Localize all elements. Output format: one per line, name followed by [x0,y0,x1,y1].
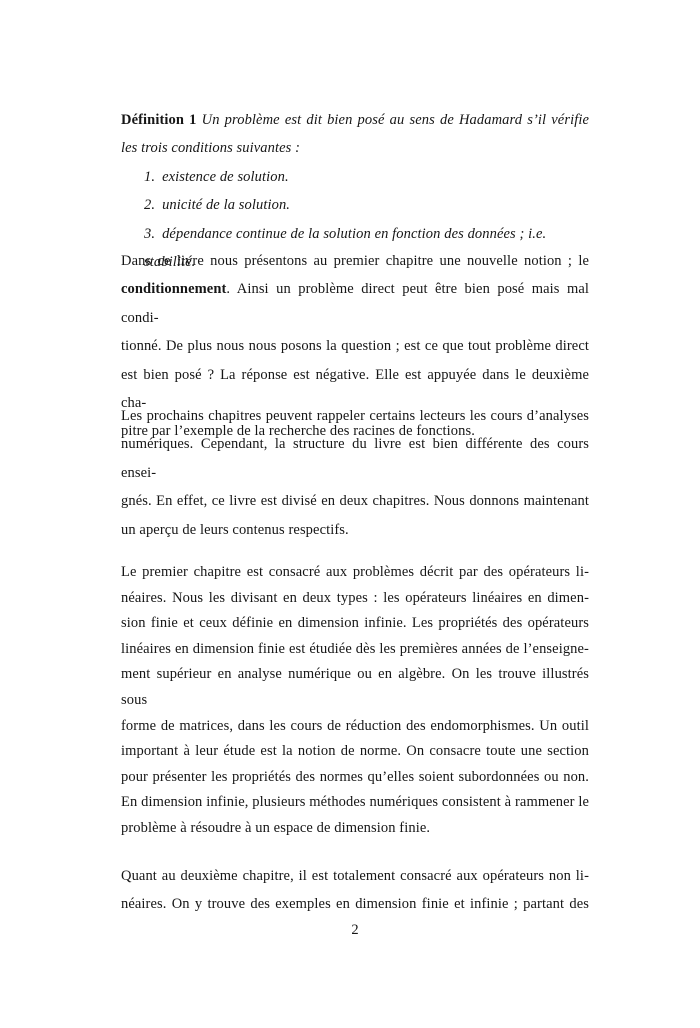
bold-text: Définition 1 [121,112,202,128]
body-text: forme de matrices, dans les cours de réd… [121,718,589,734]
body-text: ment supérieur en analyse numérique ou e… [121,666,589,708]
italic-text: les trois conditions suivantes : [121,140,300,156]
paragraph-premier-chapitre: Le premier chapitre est consacré aux pro… [121,560,589,842]
body-text: important à leur étude est la notion de … [121,743,589,759]
text-line: important à leur étude est la notion de … [121,739,589,765]
text-line: En dimension infinie, plusieurs méthodes… [121,790,589,816]
text-column: 2 Définition 1 Un problème est dit bien … [121,0,589,1028]
italic-text: Un problème est dit bien posé au sens de… [202,112,589,128]
text-line: néaires. On y trouve des exemples en dim… [121,890,589,918]
body-text: Les prochains chapitres peuvent rappeler… [121,408,589,424]
text-line: problème à résoudre à un espace de dimen… [121,816,589,842]
text-line: 1.existence de solution. [121,163,589,191]
body-text: néaires. Nous les divisant en deux types… [121,590,589,606]
text-line: un aperçu de leurs contenus respectifs. [121,516,589,544]
text-line: Le premier chapitre est consacré aux pro… [121,560,589,586]
text-line: néaires. Nous les divisant en deux types… [121,586,589,612]
italic-text: 1. [144,169,155,185]
body-text: linéaires en dimension finie est étudiée… [121,641,589,657]
document-page: 2 Définition 1 Un problème est dit bien … [0,0,700,1028]
text-line: conditionnement. Ainsi un problème direc… [121,275,589,332]
italic-text: unicité de la solution. [162,197,290,213]
italic-text: 3. [144,226,155,242]
text-line: Dans ce livre nous présentons au premier… [121,247,589,275]
body-text: sion finie et ceux définie en dimension … [121,615,589,631]
body-text: tionné. De plus nous nous posons la ques… [121,338,589,354]
body-text: numériques. Cependant, la structure du l… [121,436,589,480]
text-line: tionné. De plus nous nous posons la ques… [121,332,589,360]
body-text: gnés. En effet, ce livre est divisé en d… [121,493,589,509]
text-line: Définition 1 Un problème est dit bien po… [121,106,589,134]
text-line: numériques. Cependant, la structure du l… [121,430,589,487]
text-line: linéaires en dimension finie est étudiée… [121,637,589,663]
text-line: ment supérieur en analyse numérique ou e… [121,662,589,713]
body-text: Dans ce livre nous présentons au premier… [121,253,589,269]
text-line: les trois conditions suivantes : [121,134,589,162]
body-text: problème à résoudre à un espace de dimen… [121,820,430,836]
text-line: 2.unicité de la solution. [121,191,589,219]
text-line: gnés. En effet, ce livre est divisé en d… [121,487,589,515]
body-text: Quant au deuxième chapitre, il est total… [121,868,589,884]
body-text: un aperçu de leurs contenus respectifs. [121,522,349,538]
paragraph-structure-livre: Les prochains chapitres peuvent rappeler… [121,402,589,544]
text-line: Quant au deuxième chapitre, il est total… [121,862,589,890]
text-line: pour présenter les propriétés des normes… [121,765,589,791]
definition-block: Définition 1 Un problème est dit bien po… [121,106,589,163]
bold-text: conditionnement [121,281,226,297]
text-line: sion finie et ceux définie en dimension … [121,611,589,637]
italic-text: 2. [144,197,155,213]
paragraph-deuxieme-chapitre: Quant au deuxième chapitre, il est total… [121,862,589,919]
text-line: Les prochains chapitres peuvent rappeler… [121,402,589,430]
page-number: 2 [121,916,589,944]
body-text: Le premier chapitre est consacré aux pro… [121,564,589,580]
body-text: néaires. On y trouve des exemples en dim… [121,896,589,912]
italic-text: existence de solution. [162,169,289,185]
body-text: pour présenter les propriétés des normes… [121,769,589,785]
text-line: forme de matrices, dans les cours de réd… [121,714,589,740]
body-text: En dimension infinie, plusieurs méthodes… [121,794,589,810]
